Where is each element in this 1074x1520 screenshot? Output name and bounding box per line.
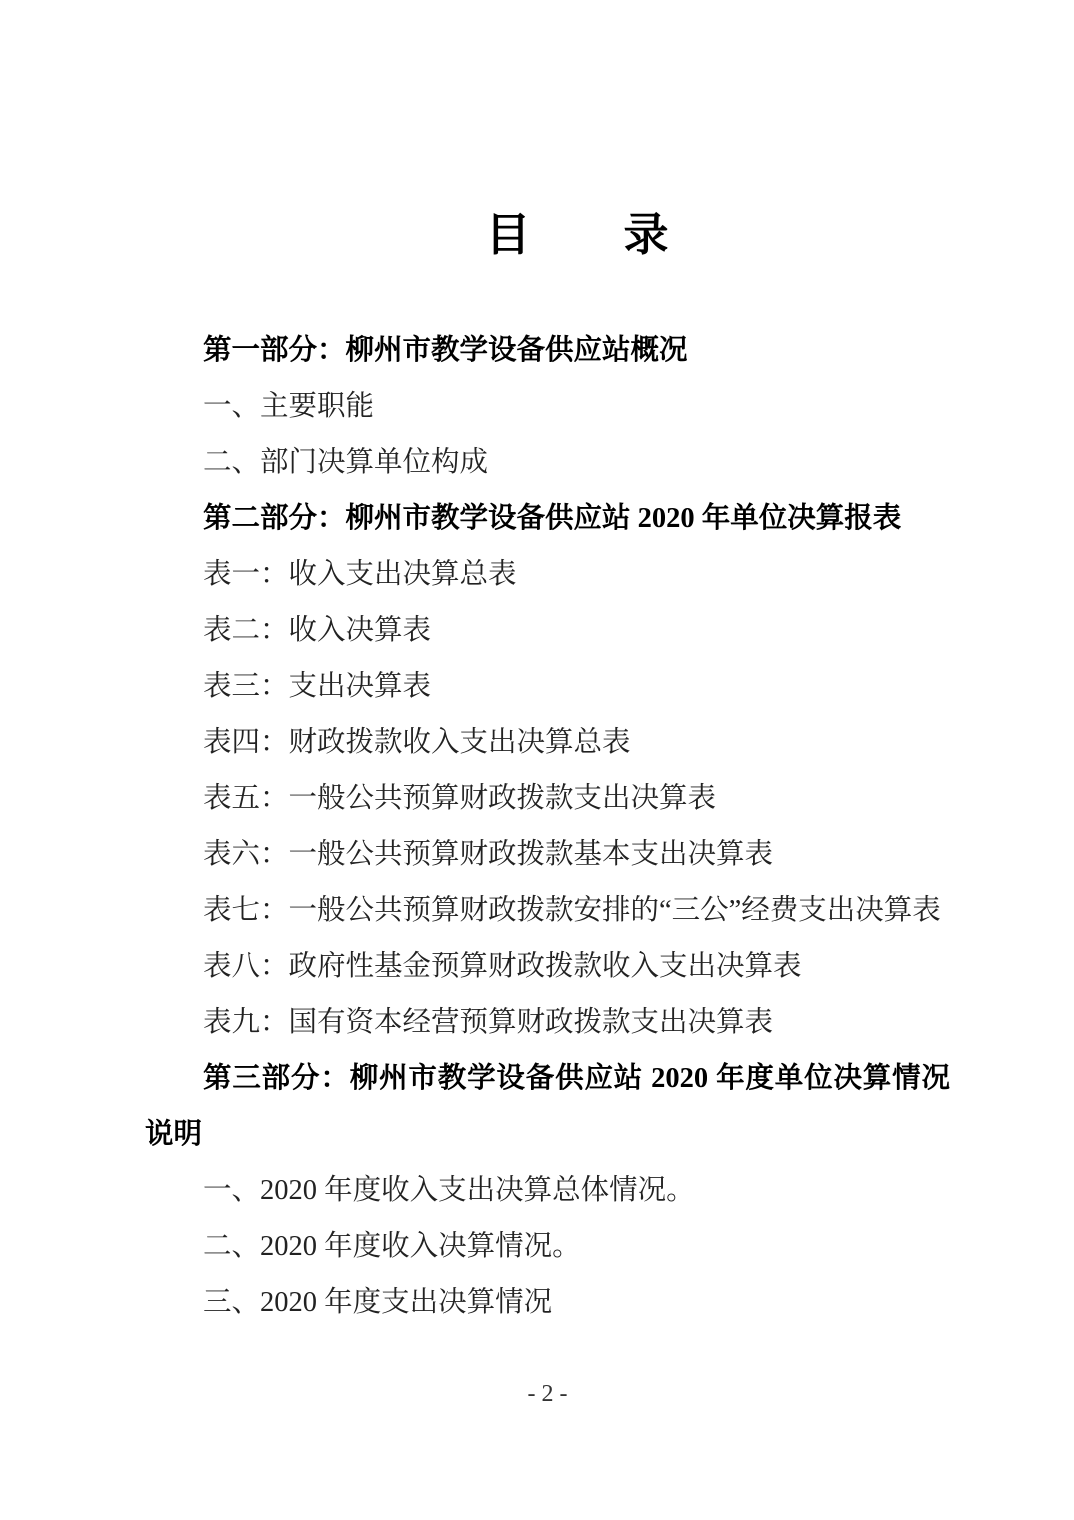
document-title: 目 录	[175, 207, 980, 263]
toc-part1-heading: 第一部分：柳州市教学设备供应站概况	[145, 323, 950, 379]
toc-part2-table-8: 表八：政府性基金预算财政拨款收入支出决算表	[203, 939, 950, 995]
toc-part2-table-3: 表三：支出决算表	[203, 659, 950, 715]
toc-part3-heading: 第三部分：柳州市教学设备供应站 2020 年度单位决算情况说明	[145, 1051, 950, 1163]
table-of-contents: 第一部分：柳州市教学设备供应站概况 一、主要职能 二、部门决算单位构成 第二部分…	[145, 323, 950, 1331]
toc-part2-table-6: 表六：一般公共预算财政拨款基本支出决算表	[203, 827, 950, 883]
toc-part1-item-2: 二、部门决算单位构成	[203, 435, 950, 491]
toc-part2-table-4: 表四：财政拨款收入支出决算总表	[203, 715, 950, 771]
toc-part3-item-2: 二、2020 年度收入决算情况。	[203, 1219, 950, 1275]
toc-part2-table-2: 表二：收入决算表	[203, 603, 950, 659]
toc-part3-item-3: 三、2020 年度支出决算情况	[203, 1275, 950, 1331]
toc-part2-table-5: 表五：一般公共预算财政拨款支出决算表	[203, 771, 950, 827]
toc-part2-table-9: 表九：国有资本经营预算财政拨款支出决算表	[203, 995, 950, 1051]
toc-part3-item-1: 一、2020 年度收入支出决算总体情况。	[203, 1163, 950, 1219]
toc-part1-item-1: 一、主要职能	[203, 379, 950, 435]
document-page: 目 录 第一部分：柳州市教学设备供应站概况 一、主要职能 二、部门决算单位构成 …	[0, 0, 1074, 1520]
page-number: - 2 -	[145, 1378, 950, 1410]
toc-part2-table-1: 表一：收入支出决算总表	[203, 547, 950, 603]
toc-part2-heading: 第二部分：柳州市教学设备供应站 2020 年单位决算报表	[145, 491, 950, 547]
toc-part2-table-7: 表七：一般公共预算财政拨款安排的“三公”经费支出决算表	[203, 883, 950, 939]
